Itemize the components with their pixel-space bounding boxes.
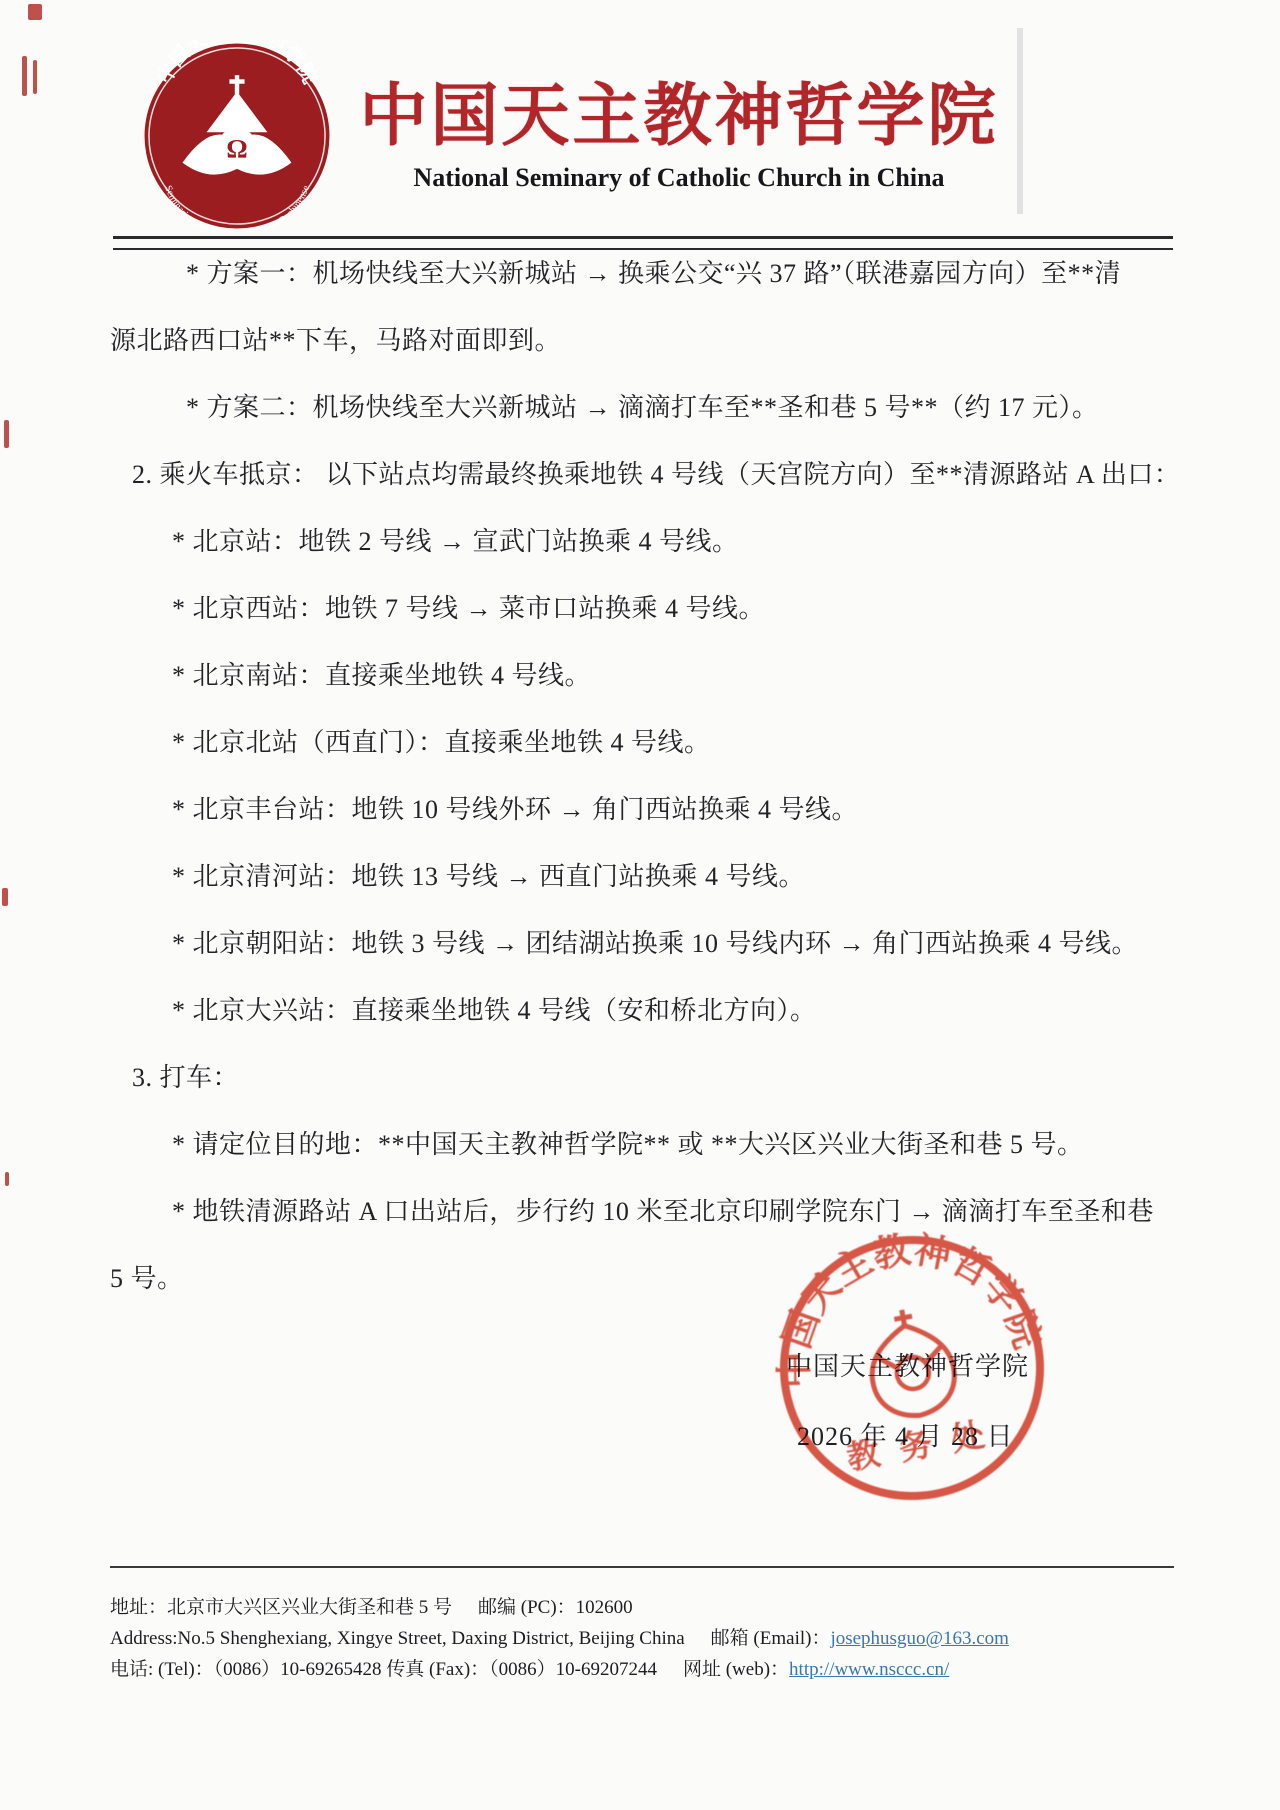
footer-web-label: 网址 (web)： — [683, 1659, 789, 1680]
footer-email-label: 邮箱 (Email)： — [711, 1628, 831, 1649]
scan-artifact — [5, 1172, 9, 1186]
body-line: * 北京站：地铁 2 号线 → 宣武门站换乘 4 号线。 — [110, 508, 1190, 575]
body-line: * 请定位目的地：**中国天主教神哲学院** 或 **大兴区兴业大街圣和巷 5 … — [110, 1111, 1190, 1178]
page-subtitle: National Seminary of Catholic Church in … — [344, 163, 1014, 193]
body-line: * 北京西站：地铁 7 号线 → 菜市口站换乘 4 号线。 — [110, 575, 1190, 642]
body-line: * 北京南站：直接乘坐地铁 4 号线。 — [110, 642, 1190, 709]
footer-address-en: Address:No.5 Shenghexiang, Xingye Street… — [110, 1628, 685, 1649]
footer-address-cn: 地址：北京市大兴区兴业大街圣和巷 5 号 — [110, 1597, 452, 1618]
svg-text:Ω: Ω — [226, 134, 247, 164]
footer-email-link[interactable]: josephusguo@163.com — [830, 1628, 1008, 1649]
body-line: * 方案二：机场快线至大兴新城站 → 滴滴打车至**圣和巷 5 号**（约 17… — [110, 374, 1190, 441]
page-title: 中国天主教神哲学院 — [344, 66, 1014, 166]
scan-artifact — [4, 420, 9, 448]
scan-artifact — [33, 60, 37, 94]
document-page: 中国天主教神哲学院 Seminarium Nationale Catholicu… — [0, 0, 1280, 1810]
footer-website-link[interactable]: http://www.nsccc.cn/ — [789, 1659, 949, 1680]
body-line: 3. 打车： — [110, 1044, 1190, 1111]
header-divider — [113, 236, 1173, 239]
body-line: 2. 乘火车抵京： 以下站点均需最终换乘地铁 4 号线（天宫院方向）至**清源路… — [110, 441, 1190, 508]
seal-bottom-text: 教务处 — [844, 1413, 1007, 1477]
body-line: * 方案一：机场快线至大兴新城站 → 换乘公交“兴 37 路”（联港嘉园方向）至… — [110, 240, 1190, 307]
scan-artifact — [28, 4, 42, 20]
body-line: * 北京丰台站：地铁 10 号线外环 → 角门西站换乘 4 号线。 — [110, 776, 1190, 843]
scan-streak — [1017, 28, 1023, 214]
body-line: * 北京朝阳站：地铁 3 号线 → 团结湖站换乘 10 号线内环 → 角门西站换… — [110, 910, 1190, 977]
footer-contact-block: 地址：北京市大兴区兴业大街圣和巷 5 号邮编 (PC)：102600 Addre… — [110, 1592, 1190, 1685]
letter-body: * 方案一：机场快线至大兴新城站 → 换乘公交“兴 37 路”（联港嘉园方向）至… — [110, 240, 1190, 1312]
scan-artifact — [22, 56, 27, 96]
official-seal-stamp-icon: 中国天主教神哲学院 教务处 — [767, 1223, 1057, 1513]
body-line: 源北路西口站**下车，马路对面即到。 — [110, 307, 1190, 374]
seminary-logo-icon: 中国天主教神哲学院 Seminarium Nationale Catholicu… — [142, 40, 332, 232]
body-line: * 北京北站（西直门）：直接乘坐地铁 4 号线。 — [110, 709, 1190, 776]
footer-postcode: 邮编 (PC)：102600 — [478, 1597, 633, 1618]
svg-text:中国天主教神哲学院: 中国天主教神哲学院 — [767, 1223, 1050, 1395]
footer-phone-fax: 电话: (Tel)：（0086）10-69265428 传真 (Fax)：（00… — [110, 1659, 657, 1680]
body-line: * 北京大兴站：直接乘坐地铁 4 号线（安和桥北方向）。 — [110, 977, 1190, 1044]
seal-ring-text: 中国天主教神哲学院 — [767, 1223, 1050, 1395]
scan-artifact — [2, 888, 8, 906]
body-line: * 北京清河站：地铁 13 号线 → 西直门站换乘 4 号线。 — [110, 843, 1190, 910]
footer-divider — [110, 1566, 1174, 1568]
